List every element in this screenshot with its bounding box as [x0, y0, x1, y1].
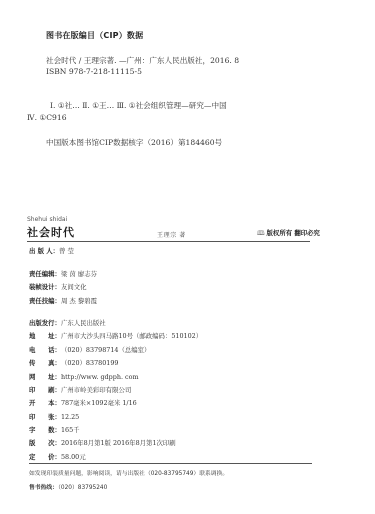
credit-editor: 责任编辑：梁 茵 廖志芬	[29, 269, 97, 278]
copyright-notice: 🕮版权所有 翻印必究	[257, 228, 320, 240]
credit-label: 装帧设计：	[29, 282, 61, 291]
book-icon: 🕮	[257, 229, 265, 240]
hotline-value: （020）83795240	[58, 485, 107, 491]
cip-title-line: 社会时代 / 王理宗著. —广州：广东人民出版社，2016. 8	[46, 55, 239, 66]
pub-website: 网 址：http://www. gdpph. com	[29, 372, 139, 381]
credit-design: 装帧设计：友间文化	[29, 282, 87, 291]
credit-tech-editor: 责任技编：周 杰 黎碧霞	[29, 296, 97, 305]
title-divider	[27, 241, 310, 242]
pub-phone: 电 话：（020）83798714（总编室）	[29, 345, 150, 354]
pub-distributor: 出版发行：广东人民出版社	[29, 318, 106, 327]
cip-heading: 图书在版编目（CIP）数据	[46, 30, 143, 41]
copyright-text: 版权所有 翻印必究	[267, 229, 320, 237]
cip-isbn: ISBN 978-7-218-11115-5	[46, 67, 142, 76]
pub-price: 定 价：58.00元	[29, 452, 86, 461]
credit-publisher: 出 版 人：曾 莹	[29, 246, 74, 255]
cip-classification-2: Ⅳ. ①C916	[27, 113, 67, 122]
book-title: 社会时代	[27, 224, 75, 240]
hotline-label: 售书热线：	[29, 485, 58, 491]
pub-format: 开 本：787毫米×1092毫米 1/16	[29, 398, 137, 407]
pub-wordcount: 字 数：165千	[29, 425, 80, 434]
book-author: 王理宗 著	[157, 230, 186, 239]
sales-hotline: 售书热线：（020）83795240	[29, 482, 107, 491]
cip-verification: 中国版本图书馆CIP数据核字（2016）第184460号	[46, 137, 222, 148]
pub-printer: 印 刷：广州市岭美彩印有限公司	[29, 385, 131, 394]
credit-label: 责任技编：	[29, 296, 61, 305]
credit-label: 责任编辑：	[29, 269, 61, 278]
pub-edition: 版 次：2016年8月第1版 2016年8月第1次印刷	[29, 438, 176, 447]
pub-sheets: 印 张：12.25	[29, 412, 79, 421]
pub-address: 地 址：广州市大沙头四马路10号（邮政编码：510102）	[29, 331, 202, 340]
cip-classification-1: Ⅰ. ①社… Ⅱ. ①王… Ⅲ. ①社会组织管理—研究—中国	[50, 100, 227, 111]
credit-value: 曾 莹	[59, 247, 74, 255]
credit-value: 友间文化	[61, 283, 87, 291]
credit-label: 出 版 人：	[29, 246, 59, 255]
quality-notice: 如发现印装质量问题，影响阅读，请与出版社（020-83795749）联系调换。	[29, 468, 228, 477]
credit-value: 周 杰 黎碧霞	[61, 297, 97, 305]
credit-value: 梁 茵 廖志芬	[61, 270, 97, 278]
book-pinyin: Shehui shidai	[27, 216, 67, 223]
footer-divider	[29, 463, 312, 464]
pub-fax: 传 真：（020）83780199	[29, 358, 118, 367]
